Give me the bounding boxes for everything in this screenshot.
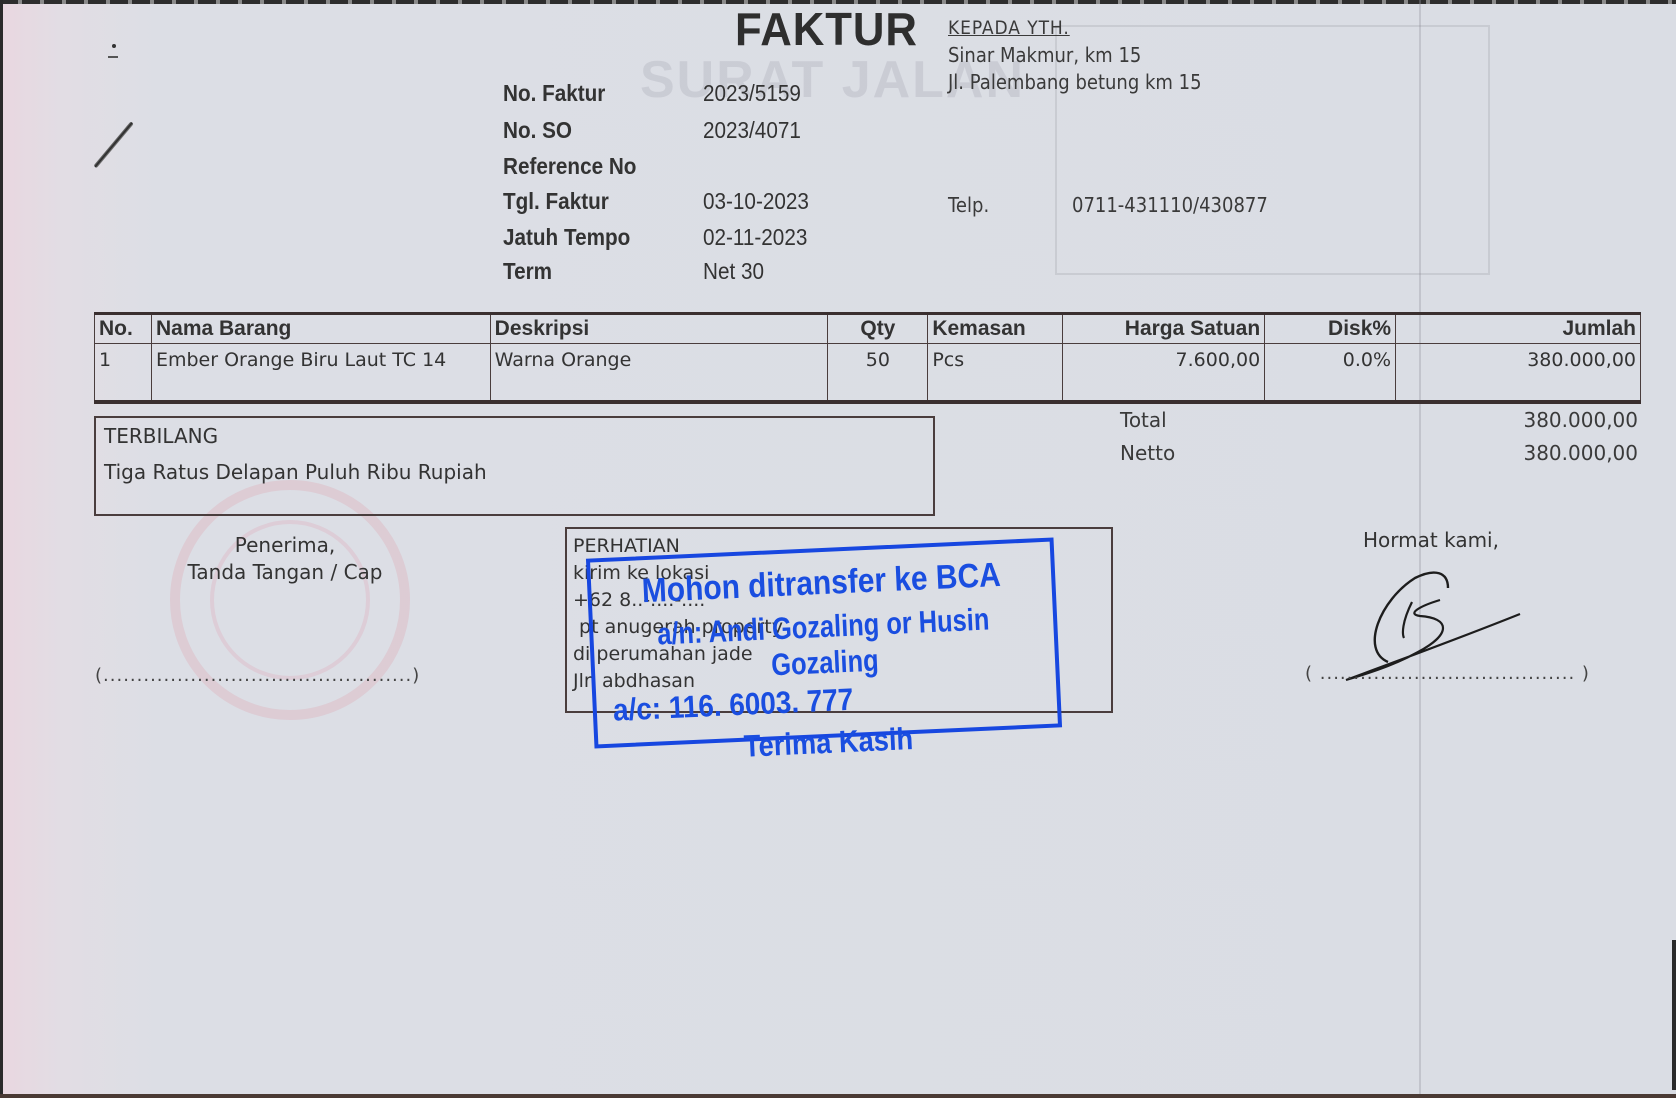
totals-block: Total 380.000,00 Netto 380.000,00 (1120, 408, 1638, 474)
recipient-header: KEPADA YTH. (948, 15, 1070, 42)
field-label: Term (503, 258, 683, 285)
recipient-address: Jl. Palembang betung km 15 (948, 69, 1202, 96)
netto-value: 380.000,00 (1523, 441, 1638, 474)
total-label: Total (1120, 408, 1167, 441)
field-value: 02-11-2023 (703, 224, 807, 251)
cell-no: 1 (95, 344, 152, 402)
cell-nama-barang: Ember Orange Biru Laut TC 14 (151, 344, 490, 402)
column-header-qty: Qty (828, 314, 928, 344)
netto-label: Netto (1120, 441, 1175, 474)
column-header-jumlah: Jumlah (1396, 314, 1641, 344)
paper-right-edge (1672, 940, 1676, 1090)
field-value: 2023/5159 (703, 80, 801, 107)
column-header-no: No. (95, 314, 152, 344)
total-value: 380.000,00 (1523, 408, 1638, 441)
cell-harga-satuan: 7.600,00 (1063, 344, 1265, 402)
column-header-nama-barang: Nama Barang (151, 314, 490, 344)
column-header-deskripsi: Deskripsi (490, 314, 828, 344)
receiver-line1: Penerima, (150, 532, 420, 559)
staple-icon (93, 121, 133, 168)
terbilang-box: TERBILANG Tiga Ratus Delapan Puluh Ribu … (94, 416, 935, 516)
field-tgl-faktur: Tgl. Faktur03-10-2023 (503, 188, 821, 215)
document-title: FAKTUR (735, 2, 918, 56)
column-header-harga-satuan: Harga Satuan (1063, 314, 1265, 344)
field-no-faktur: No. Faktur2023/5159 (503, 80, 812, 107)
field-jatuh-tempo: Jatuh Tempo02-11-2023 (503, 224, 819, 251)
field-value: 2023/4071 (703, 117, 801, 144)
receiver-block: Penerima, Tanda Tangan / Cap (150, 532, 420, 586)
cell-deskripsi: Warna Orange (490, 344, 828, 402)
receiver-signature-line: (.......................................… (95, 665, 420, 686)
field-no-so: No. SO2023/4071 (503, 117, 812, 144)
terbilang-label: TERBILANG (104, 424, 925, 448)
sender-signature-line: ( ......................................… (1305, 663, 1590, 684)
recipient-name: Sinar Makmur, km 15 (948, 42, 1141, 69)
paper-bottom-edge (0, 1094, 1676, 1098)
table-row: 1 Ember Orange Biru Laut TC 14 Warna Ora… (95, 344, 1641, 402)
cell-kemasan: Pcs (928, 344, 1063, 402)
receiver-line2: Tanda Tangan / Cap (150, 559, 420, 586)
field-label: Reference No (503, 153, 683, 180)
recipient-block: KEPADA YTH. Sinar Makmur, km 15 Jl. Pale… (948, 14, 1230, 96)
field-value: 03-10-2023 (703, 188, 809, 215)
items-table: No. Nama Barang Deskripsi Qty Kemasan Ha… (94, 312, 1641, 404)
phone-label: Telp. (948, 193, 994, 217)
field-label: Jatuh Tempo (503, 224, 683, 251)
terbilang-text: Tiga Ratus Delapan Puluh Ribu Rupiah (104, 460, 925, 484)
bank-transfer-stamp: Mohon ditransfer ke BCA a/n: Andi Gozali… (586, 537, 1062, 748)
phone-value: 0711-431110/430877 (1072, 193, 1290, 217)
netto-row: Netto 380.000,00 (1120, 441, 1638, 474)
cell-jumlah: 380.000,00 (1396, 344, 1641, 402)
cell-disk: 0.0% (1265, 344, 1396, 402)
cell-qty: 50 (828, 344, 928, 402)
column-header-disk: Disk% (1265, 314, 1396, 344)
field-label: No. Faktur (503, 80, 683, 107)
ink-dot (112, 44, 116, 48)
column-header-kemasan: Kemasan (928, 314, 1063, 344)
field-reference-no: Reference No (503, 153, 703, 180)
paper-left-edge (0, 0, 3, 1098)
field-value: Net 30 (703, 258, 764, 285)
sender-closing: Hormat kami, (1363, 528, 1499, 552)
field-label: No. SO (503, 117, 683, 144)
ink-dash (108, 56, 118, 58)
field-label: Tgl. Faktur (503, 188, 683, 215)
table-header-row: No. Nama Barang Deskripsi Qty Kemasan Ha… (95, 314, 1641, 344)
total-row: Total 380.000,00 (1120, 408, 1638, 441)
field-term: TermNet 30 (503, 258, 771, 285)
